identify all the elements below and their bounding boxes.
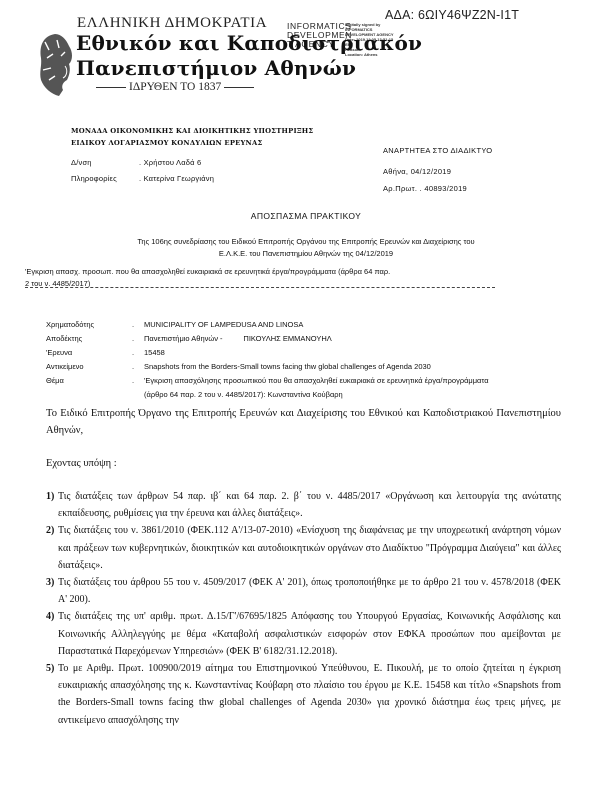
document-date: Αθήνα, 04/12/2019 [383,163,492,180]
list-item: 5)Το με Αριθμ. Πρωτ. 100900/2019 αίτημα … [46,660,561,729]
list-item: 3)Τις διατάξεις του άρθρου 55 του ν. 450… [46,574,561,608]
item-number: 5) [46,660,58,729]
unit-line: ΕΙΔΙΚΟΥ ΛΟΓΑΡΙΑΣΜΟΥ ΚΟΝΔΥΛΙΩΝ ΕΡΕΥΝΑΣ [71,137,313,149]
university-name: Εθνικόν και Καποδιστριακόν Πανεπιστήμιον… [76,31,422,81]
details-value: 'Εγκριση απασχόλησης προσωπικού που θα α… [144,374,504,402]
founded-text: ΙΔΡΥΘΕΝ ΤΟ 1837 [129,81,221,93]
unit-header: ΜΟΝΑΔΑ ΟΙΚΟΝΟΜΙΚΗΣ ΚΑΙ ΔΙΟΙΚΗΤΙΚΗΣ ΥΠΟΣΤ… [71,125,313,187]
item-text: Το με Αριθμ. Πρωτ. 100900/2019 αίτημα το… [58,660,561,729]
session-line: Ε.Λ.Κ.Ε. του Πανεπιστημίου Αθηνών της 04… [0,248,612,260]
details-row: Αντικείμενο.Snapshots from the Borders-S… [46,360,554,374]
details-row: Αποδέκτης.Πανεπιστήμιο Αθηνών - ΠΙΚΟΥΛΗΣ… [46,332,554,346]
address-value: . Χρήστου Λαδά 6 [139,158,201,167]
details-label: 'Ερευνα [46,346,132,360]
athena-head-logo-icon [35,30,75,98]
unit-line: ΜΟΝΑΔΑ ΟΙΚΟΝΟΜΙΚΗΣ ΚΑΙ ΔΙΟΙΚΗΤΙΚΗΣ ΥΠΟΣΤ… [71,125,313,137]
details-value: 15458 [144,346,554,360]
item-number: 1) [46,488,58,522]
details-value: MUNICIPALITY OF LAMPEDUSA AND LINOSA [144,318,554,332]
item-number: 2) [46,522,58,574]
info-row: Πληροφορίες. Κατερίνα Γεωργιάνη [71,171,313,187]
having-regard-heading: Εχοντας υπόψη : [46,458,117,469]
item-number: 4) [46,608,58,660]
details-table: Χρηματοδότης.MUNICIPALITY OF LAMPEDUSA A… [46,318,554,402]
details-row: Χρηματοδότης.MUNICIPALITY OF LAMPEDUSA A… [46,318,554,332]
address-label: Δ/νση [71,155,139,171]
info-value: . Κατερίνα Γεωργιάνη [139,174,214,183]
details-row: Θέμα.'Εγκριση απασχόλησης προσωπικού που… [46,374,554,402]
list-item: 1)Τις διατάξεις των άρθρων 54 παρ. ιβ΄ κ… [46,488,561,522]
document-title: ΑΠΟΣΠΑΣΜΑ ΠΡΑΚΤΙΚΟΥ [0,211,612,221]
university-name-line: Εθνικόν και Καποδιστριακόν [76,31,422,56]
protocol-number: Αρ.Πρωτ. . 40893/2019 [383,180,492,197]
item-text: Τις διατάξεις του άρθρου 55 του ν. 4509/… [58,574,561,608]
session-line: Της 106ης συνεδρίασης του Ειδικού Επιτρο… [0,236,612,248]
list-item: 2)Τις διατάξεις του ν. 3861/2010 (ΦΕΚ.11… [46,522,561,574]
divider [96,87,126,88]
details-label: Χρηματοδότης [46,318,132,332]
item-number: 3) [46,574,58,608]
details-label: Θέμα [46,374,132,402]
divider [224,87,254,88]
item-text: Τις διατάξεις της υπ' αριθμ. πρωτ. Δ.15/… [58,608,561,660]
list-item: 4)Τις διατάξεις της υπ' αριθμ. πρωτ. Δ.1… [46,608,561,660]
details-value: Πανεπιστήμιο Αθηνών - ΠΙΚΟΥΛΗΣ ΕΜΜΑΝΟΥΗΛ [144,332,554,346]
details-value: Snapshots from the Borders-Small towns f… [144,360,554,374]
republic-heading: ΕΛΛΗΝΙΚΗ ΔΗΜΟΚΡΑΤΙΑ [77,15,267,32]
details-row: 'Ερευνα.15458 [46,346,554,360]
intro-paragraph: Το Ειδικό Επιτροπής Όργανο της Επιτροπής… [46,405,561,439]
address-row: Δ/νση. Χρήστου Λαδά 6 [71,155,313,171]
details-label: Αποδέκτης [46,332,132,346]
ada-code: ΑΔΑ: 6ΩΙΥ46ΨΖ2Ν-Ι1Τ [385,8,519,22]
info-label: Πληροφορίες [71,171,139,187]
document-meta: ΑΝΑΡΤΗΤΕΑ ΣΤΟ ΔΙΑΔΙΚΤΥΟ Αθήνα, 04/12/201… [383,142,492,197]
item-text: Τις διατάξεις του ν. 3861/2010 (ΦΕΚ.112 … [58,522,561,574]
publish-notice: ΑΝΑΡΤΗΤΕΑ ΣΤΟ ΔΙΑΔΙΚΤΥΟ [383,142,492,159]
considerations-list: 1)Τις διατάξεις των άρθρων 54 παρ. ιβ΄ κ… [46,488,561,729]
details-label: Αντικείμενο [46,360,132,374]
dashed-divider [25,287,495,288]
university-name-line: Πανεπιστήμιον Αθηνών [76,56,422,81]
session-info: Της 106ης συνεδρίασης του Ειδικού Επιτρο… [0,236,612,260]
subject-line: 2 του ν. 4485/2017) [25,278,495,290]
subject-line: 'Εγκριση απασχ. προσωπ. που θα απασχοληθ… [25,266,495,278]
founded-line: ΙΔΡΥΘΕΝ ΤΟ 1837 [93,81,257,93]
item-text: Τις διατάξεις των άρθρων 54 παρ. ιβ΄ και… [58,488,561,522]
